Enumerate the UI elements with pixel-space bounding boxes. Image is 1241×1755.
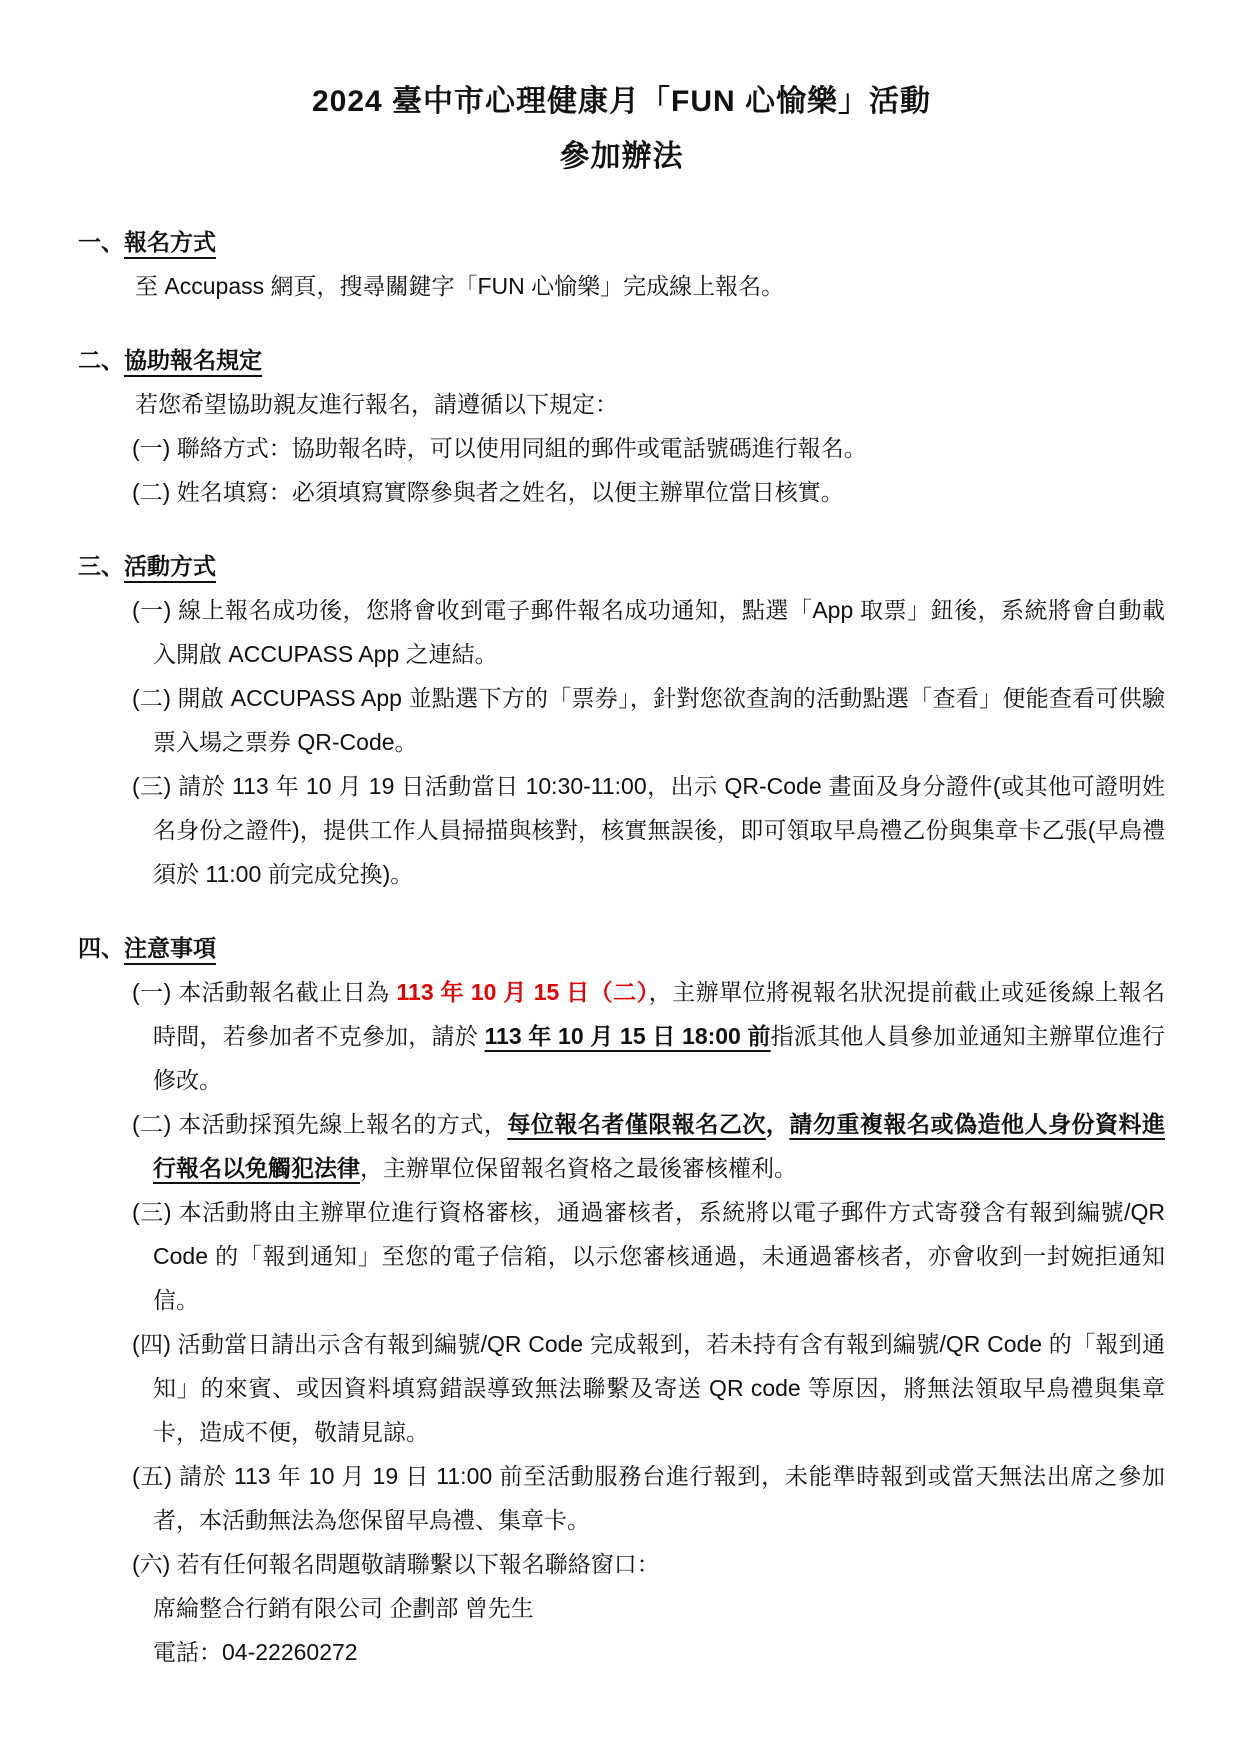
section-3: 三、活動方式(一) 線上報名成功後，您將會收到電子郵件報名成功通知，點選「App…	[78, 544, 1165, 896]
paragraph: 至 Accupass 網頁，搜尋關鍵字「FUN 心愉樂」完成線上報名。	[135, 264, 1165, 308]
item-marker: (一)	[132, 597, 178, 623]
list-item: (四) 活動當日請出示含有報到編號/QR Code 完成報到，若未持有含有報到編…	[153, 1322, 1165, 1454]
document-page: 2024 臺中市心理健康月「FUN 心愉樂」活動 參加辦法 一、報名方式至 Ac…	[0, 0, 1241, 1755]
section-1: 一、報名方式至 Accupass 網頁，搜尋關鍵字「FUN 心愉樂」完成線上報名…	[78, 220, 1165, 308]
section-number: 三、	[78, 544, 124, 588]
list-item: (二) 本活動採預先線上報名的方式，每位報名者僅限報名乙次，請勿重複報名或偽造他…	[153, 1102, 1165, 1190]
item-marker: (二)	[132, 1111, 178, 1137]
list-item: (一) 本活動報名截止日為 113 年 10 月 15 日（二），主辦單位將視報…	[153, 970, 1165, 1102]
text-segment: 線上報名成功後，您將會收到電子郵件報名成功通知，點選「App 取票」鈕後，系統將…	[153, 597, 1165, 667]
text-segment-red-bold: 113 年 10 月 15 日（二）	[397, 979, 649, 1005]
section-number: 一、	[78, 220, 124, 264]
item-marker: (一)	[132, 435, 177, 461]
contact-line: 席綸整合行銷有限公司 企劃部 曾先生	[153, 1586, 1165, 1630]
list-item: (二) 開啟 ACCUPASS App 並點選下方的「票券」，針對您欲查詢的活動…	[153, 676, 1165, 764]
text-segment-bold: ，	[766, 1111, 790, 1137]
section-heading-row: 四、注意事項	[78, 926, 1165, 970]
item-marker: (五)	[132, 1463, 179, 1489]
text-segment: 至 Accupass 網頁，搜尋關鍵字「FUN 心愉樂」完成線上報名。	[135, 273, 784, 299]
item-marker: (四)	[132, 1331, 178, 1357]
text-segment: 若有任何報名問題敬請聯繫以下報名聯絡窗口：	[177, 1551, 660, 1577]
list-item: (五) 請於 113 年 10 月 19 日 11:00 前至活動服務台進行報到…	[153, 1454, 1165, 1542]
item-marker: (二)	[132, 685, 178, 711]
section-number: 四、	[78, 926, 124, 970]
text-segment: 姓名填寫：必須填寫實際參與者之姓名，以便主辦單位當日核實。	[177, 479, 844, 505]
text-segment: 聯絡方式：協助報名時，可以使用同組的郵件或電話號碼進行報名。	[177, 435, 867, 461]
list-item: (二) 姓名填寫：必須填寫實際參與者之姓名，以便主辦單位當日核實。	[153, 470, 1165, 514]
list-item: (三) 本活動將由主辦單位進行資格審核，通過審核者，系統將以電子郵件方式寄發含有…	[153, 1190, 1165, 1322]
section-number: 二、	[78, 338, 124, 382]
text-segment-bold-underline: 每位報名者僅限報名乙次	[507, 1111, 766, 1137]
contact-line: 電話：04-22260272	[153, 1630, 1165, 1674]
document-subtitle: 參加辦法	[78, 129, 1165, 184]
list-item: (三) 請於 113 年 10 月 19 日活動當日 10:30-11:00，出…	[153, 764, 1165, 896]
paragraph: 若您希望協助親友進行報名，請遵循以下規定：	[135, 382, 1165, 426]
item-marker: (六)	[132, 1551, 177, 1577]
text-segment: 本活動採預先線上報名的方式，	[178, 1111, 507, 1137]
section-heading: 注意事項	[124, 935, 216, 965]
item-marker: (三)	[132, 773, 178, 799]
text-segment: 電話：04-22260272	[153, 1639, 358, 1665]
item-marker: (三)	[132, 1199, 179, 1225]
text-segment: ，主辦單位保留報名資格之最後審核權利。	[360, 1155, 797, 1181]
item-marker: (二)	[132, 479, 177, 505]
section-heading: 協助報名規定	[124, 347, 262, 377]
section-heading-row: 三、活動方式	[78, 544, 1165, 588]
text-segment: 本活動將由主辦單位進行資格審核，通過審核者，系統將以電子郵件方式寄發含有報到編號…	[153, 1199, 1165, 1313]
text-segment-bold-underline: 113 年 10 月 15 日 18:00 前	[485, 1023, 771, 1049]
section-heading-row: 二、協助報名規定	[78, 338, 1165, 382]
text-segment: 請於 113 年 10 月 19 日 11:00 前至活動服務台進行報到，未能準…	[153, 1463, 1165, 1533]
document-body: 一、報名方式至 Accupass 網頁，搜尋關鍵字「FUN 心愉樂」完成線上報名…	[78, 220, 1165, 1674]
section-heading: 報名方式	[124, 229, 216, 259]
text-segment: 若您希望協助親友進行報名，請遵循以下規定：	[135, 391, 618, 417]
list-item: (一) 線上報名成功後，您將會收到電子郵件報名成功通知，點選「App 取票」鈕後…	[153, 588, 1165, 676]
item-marker: (一)	[132, 979, 178, 1005]
text-segment: 開啟 ACCUPASS App 並點選下方的「票券」，針對您欲查詢的活動點選「查…	[153, 685, 1165, 755]
section-heading: 活動方式	[124, 553, 216, 583]
section-2: 二、協助報名規定若您希望協助親友進行報名，請遵循以下規定：(一) 聯絡方式：協助…	[78, 338, 1165, 514]
list-item: (六) 若有任何報名問題敬請聯繫以下報名聯絡窗口：	[153, 1542, 1165, 1586]
text-segment: 席綸整合行銷有限公司 企劃部 曾先生	[153, 1595, 534, 1621]
section-heading-row: 一、報名方式	[78, 220, 1165, 264]
document-title: 2024 臺中市心理健康月「FUN 心愉樂」活動	[78, 74, 1165, 129]
text-segment: 活動當日請出示含有報到編號/QR Code 完成報到，若未持有含有報到編號/QR…	[153, 1331, 1165, 1445]
text-segment: 請於 113 年 10 月 19 日活動當日 10:30-11:00，出示 QR…	[153, 773, 1165, 887]
document-header: 2024 臺中市心理健康月「FUN 心愉樂」活動 參加辦法	[78, 74, 1165, 184]
text-segment: 本活動報名截止日為	[178, 979, 396, 1005]
section-4: 四、注意事項(一) 本活動報名截止日為 113 年 10 月 15 日（二），主…	[78, 926, 1165, 1674]
list-item: (一) 聯絡方式：協助報名時，可以使用同組的郵件或電話號碼進行報名。	[153, 426, 1165, 470]
